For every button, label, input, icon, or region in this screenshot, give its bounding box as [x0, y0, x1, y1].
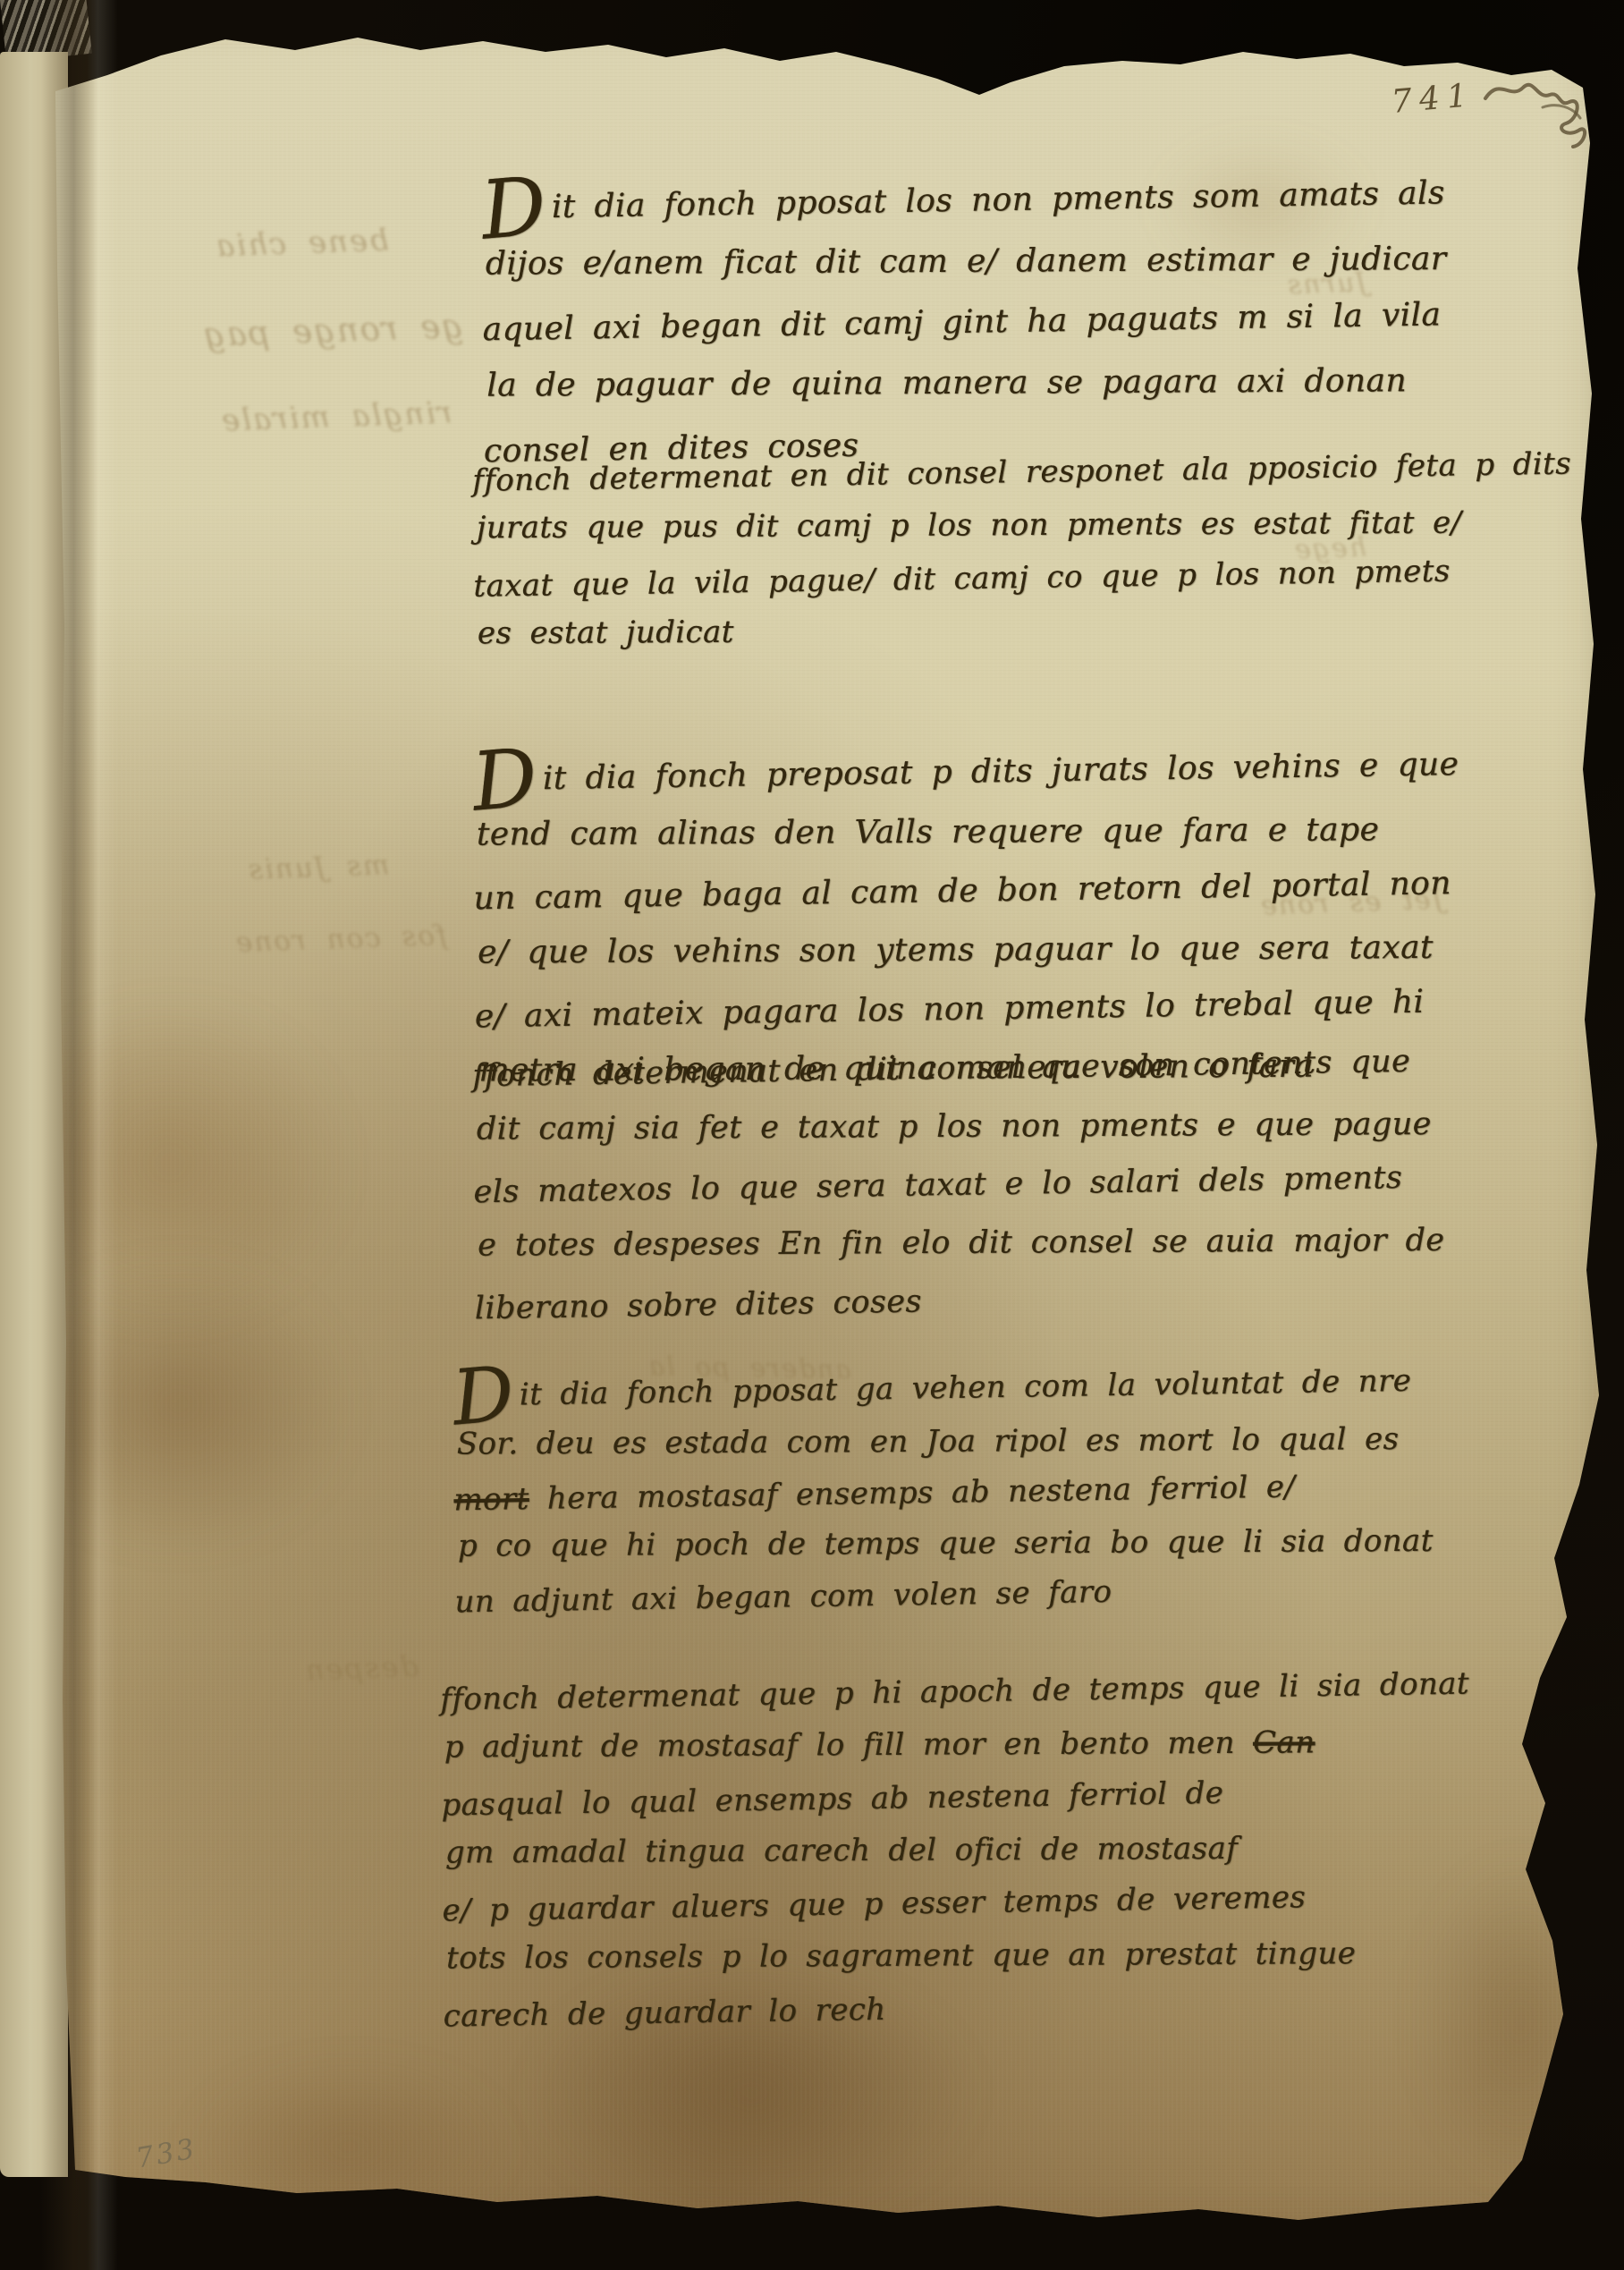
text-line: aquel axi began dit camj gint ha paguats… — [482, 284, 1446, 360]
manuscript-text-block: Dit dia fonch pposat los non pments som … — [0, 0, 1624, 2270]
text-line: dijos e/anem ficat dit cam e/ danem esti… — [486, 229, 1450, 295]
text-line: es estat judicat — [478, 602, 1577, 660]
text-line: dit camj sia fet e taxat p los non pment… — [477, 1096, 1444, 1159]
text-line: liberano sobre dites coses — [474, 1265, 1442, 1338]
paragraph: ffonch determenat en dit consel que son … — [472, 1036, 1442, 1335]
paragraph: ffonch determenat en dit consel responet… — [472, 441, 1573, 663]
text-line: els matexos lo que sera taxat e lo salar… — [473, 1148, 1441, 1222]
text-line: Dit dia fonch pposat los non pments som … — [481, 163, 1445, 239]
photo-backdrop: bene chia ge ronge pag ringla mirale Jur… — [0, 0, 1624, 2270]
text-line: la de paguar de quina manera se pagara a… — [486, 351, 1451, 417]
text-line: e totes despeses En fin elo dit consel s… — [478, 1212, 1445, 1275]
text-line: e/ que los vehins son ytems paguar lo qu… — [478, 918, 1464, 982]
text-line: un cam que baga al cam de bon retorn del… — [473, 854, 1460, 928]
drop-cap-initial: D — [451, 1367, 517, 1427]
strikethrough-word: mort — [453, 1481, 529, 1518]
drop-cap-initial: D — [479, 178, 549, 241]
text-line: tend cam alinas den Valls requere que fa… — [477, 800, 1463, 864]
text-line: ffonch determenat en dit consel que son … — [472, 1032, 1440, 1105]
strikethrough-word: Can — [1253, 1724, 1315, 1760]
drop-cap-initial: D — [470, 750, 540, 813]
text-line: carech de guardar lo rech — [443, 1974, 1473, 2043]
text-line: Dit dia fonch preposat p dits jurats los… — [472, 735, 1459, 810]
paragraph: Dit dia fonch pposat ga vehen com la vol… — [453, 1358, 1431, 1626]
manuscript-page: bene chia ge ronge pag ringla mirale Jur… — [0, 0, 1624, 2270]
paragraph: ffonch determenat que p hi apoch de temp… — [440, 1661, 1473, 2040]
facing-page-edge — [0, 52, 68, 2177]
paragraph: Dit dia fonch pposat los non pments som … — [481, 166, 1448, 479]
text-line: un adjunt axi began com volen se faro — [454, 1562, 1431, 1628]
